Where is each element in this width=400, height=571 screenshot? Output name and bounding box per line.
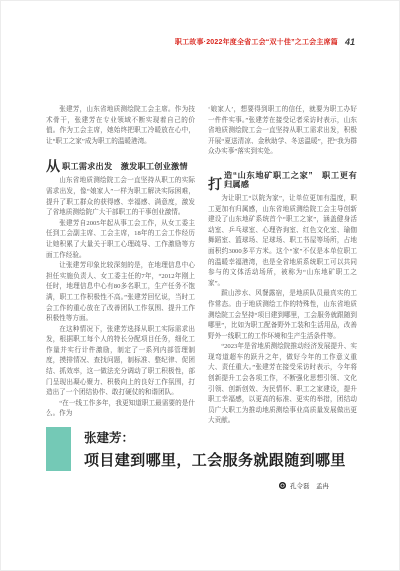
section-heading-2-text: 造“山东地矿职工之家” 职工更有归属感 [224, 171, 357, 190]
paragraph: “2023年是省地质测绘院推动经济发展提升、实现弯道超车的跃升之年，做好今年的工… [208, 342, 357, 427]
paragraph: 让张建芳印象比较深刻的是，在地理信息中心担任实施负责人、女工委主任的7年，“20… [46, 261, 195, 325]
article-body: 张建芳，山东省地质测绘院工会主席。作为技术骨干，张建芳在专业领域不断实现着自己的… [46, 105, 357, 427]
byline: 孔令磊 孟冉 [279, 481, 329, 490]
section-heading-2: 打 造“山东地矿职工之家” 职工更有归属感 [208, 171, 357, 190]
section-heading-1: 从 职工需求出发 激发职工创业激情 [46, 160, 195, 172]
magazine-page: 职工故事·2022年度全省工会“双十佳”之工会主席篇 41 张建芳，山东省地质测… [0, 0, 400, 571]
section-heading-1-text: 职工需求出发 激发职工创业激情 [62, 162, 188, 172]
article-title: 张建芳： 项目建到哪里，工会服务就跟随到哪里 [84, 427, 346, 471]
paragraph: 跋山涉水、风餐露宿，是地质队员最真实的工作常态。由于地质测绘工作的特殊性，山东省… [208, 289, 357, 342]
byline-logo-icon [279, 482, 286, 489]
byline-authors: 孔令磊 孟冉 [290, 481, 329, 490]
page-number: 41 [345, 37, 355, 47]
section-heading-1-dropcap: 从 [46, 160, 60, 172]
paragraph: 为让职工“以院为家”，让单位更加有温度，职工更加有归属感，山东省地质测绘院工会主… [208, 194, 357, 289]
folio: 职工故事·2022年度全省工会“双十佳”之工会主席篇 41 [175, 37, 355, 47]
column-right: ‘娘家人’，想要得到职工的信任，就要为职工办好一件件实事。”张建芳在接受记者采访… [208, 105, 357, 427]
paragraph: 山东省地质测绘院工会一直坚持从职工的实际需求出发，像“娘家人”一样为职工解决实际… [46, 176, 195, 218]
article-title-main: 项目建到哪里，工会服务就跟随到哪里 [84, 449, 346, 470]
continuation-paragraph: ‘娘家人’，想要得到职工的信任，就要为职工办好一件件实事。”张建芳在接受记者采访… [208, 105, 357, 158]
accent-bar [46, 427, 71, 471]
paragraph: 在这种情况下，张建芳选择从职工实际需求出发，根据职工每个人的特长分配项目任务，细… [46, 325, 195, 399]
paragraph: “在一线工作多年，我更知道职工最需要的是什么。作为 [46, 399, 195, 420]
section-heading-2-dropcap: 打 [208, 178, 222, 190]
article-title-name: 张建芳： [84, 428, 346, 446]
article-title-block: 张建芳： 项目建到哪里，工会服务就跟随到哪里 [46, 427, 346, 471]
lead-paragraph: 张建芳，山东省地质测绘院工会主席。作为技术骨干，张建芳在专业领域不断实现着自己的… [46, 105, 195, 147]
folio-text: 职工故事·2022年度全省工会“双十佳”之工会主席篇 [175, 37, 338, 47]
paragraph: 张建芳自2005年起从事工会工作，从女工委主任到工会副主席、工会主席，18年的工… [46, 219, 195, 261]
column-left: 张建芳，山东省地质测绘院工会主席。作为技术骨干，张建芳在专业领域不断实现着自己的… [46, 105, 195, 427]
